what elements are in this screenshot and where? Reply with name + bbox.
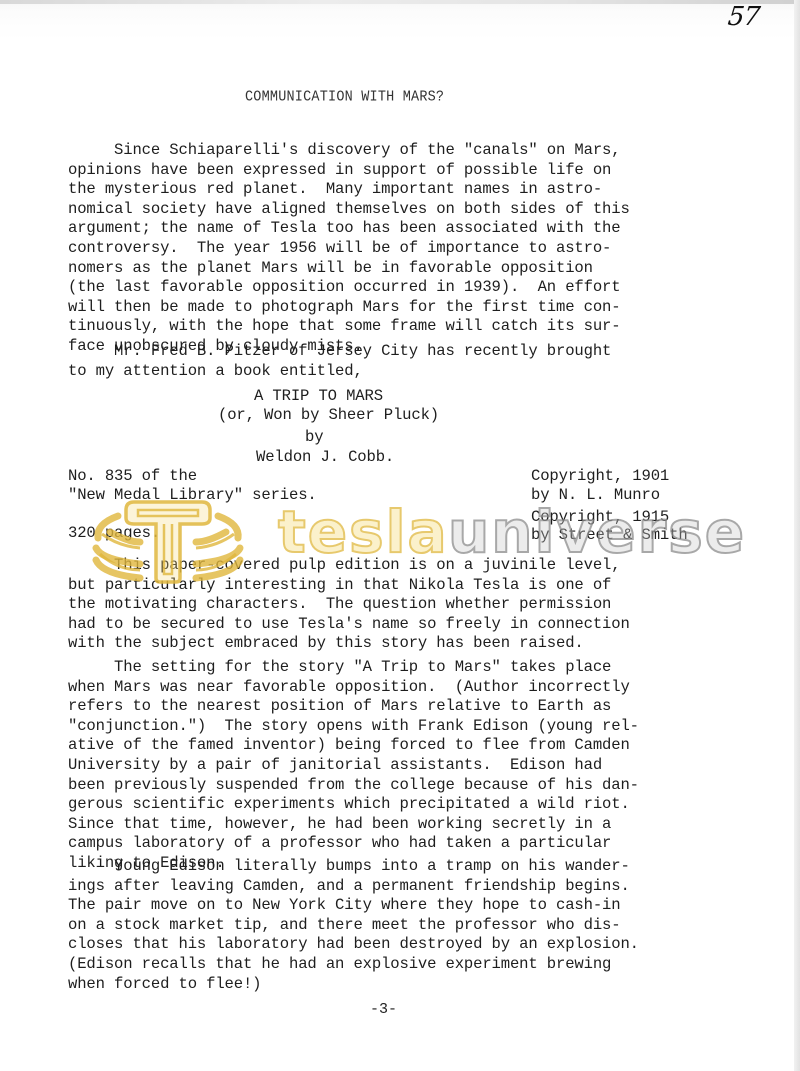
text-line: the mysterious red planet. Many importan… bbox=[68, 180, 708, 200]
text-line: on a stock market tip, and there meet th… bbox=[68, 916, 708, 936]
copyright-1915: Copyright, 1915 bbox=[531, 508, 669, 528]
text-line: campus laboratory of a professor who had… bbox=[68, 834, 708, 854]
text-line: Since Schiaparelli's discovery of the "c… bbox=[68, 141, 708, 161]
watermark-word-tesla: tesla bbox=[278, 502, 449, 562]
text-line: when forced to flee!) bbox=[68, 975, 708, 995]
text-line: The setting for the story "A Trip to Mar… bbox=[68, 658, 708, 678]
text-line: controversy. The year 1956 will be of im… bbox=[68, 239, 708, 259]
text-line: ings after leaving Camden, and a permane… bbox=[68, 877, 708, 897]
text-line: the motivating characters. The question … bbox=[68, 595, 708, 615]
text-line: refers to the nearest position of Mars r… bbox=[68, 697, 708, 717]
text-line: nomical society have aligned themselves … bbox=[68, 200, 708, 220]
text-line: with the subject embraced by this story … bbox=[68, 634, 708, 654]
copyright-1901-holder: by N. L. Munro bbox=[531, 486, 660, 506]
book-pages: 320 pages. bbox=[68, 524, 160, 544]
text-line: when Mars was near favorable opposition.… bbox=[68, 678, 708, 698]
text-line: but particularly interesting in that Nik… bbox=[68, 576, 708, 596]
paragraph-3: This paper-covered pulp edition is on a … bbox=[68, 556, 708, 654]
text-line: University by a pair of janitorial assis… bbox=[68, 756, 708, 776]
paragraph-2: Mr. Fred B. Pitzer of Jersey City has re… bbox=[68, 342, 708, 381]
book-number: No. 835 of the bbox=[68, 467, 197, 487]
page-number: -3- bbox=[370, 1001, 397, 1018]
text-line: "conjunction.") The story opens with Fra… bbox=[68, 717, 708, 737]
book-subtitle: (or, Won by Sheer Pluck) bbox=[218, 406, 439, 424]
paragraph-5: Young Edison literally bumps into a tram… bbox=[68, 857, 708, 994]
copyright-1915-holder: by Street & Smith bbox=[531, 526, 688, 546]
text-line: will then be made to photograph Mars for… bbox=[68, 298, 708, 318]
text-line: Since that time, however, he had been wo… bbox=[68, 815, 708, 835]
text-line: ative of the famed inventor) being force… bbox=[68, 736, 708, 756]
text-line: Mr. Fred B. Pitzer of Jersey City has re… bbox=[68, 342, 708, 362]
scan-right-edge bbox=[794, 0, 800, 1071]
paragraph-4: The setting for the story "A Trip to Mar… bbox=[68, 658, 708, 874]
text-line: had to be secured to use Tesla's name so… bbox=[68, 615, 708, 635]
text-line: (Edison recalls that he had an explosive… bbox=[68, 955, 708, 975]
text-line: opinions have been expressed in support … bbox=[68, 161, 708, 181]
paragraph-1: Since Schiaparelli's discovery of the "c… bbox=[68, 141, 708, 357]
text-line: gerous scientific experiments which prec… bbox=[68, 795, 708, 815]
text-line: been previously suspended from the colle… bbox=[68, 776, 708, 796]
text-line: closes that his laboratory had been dest… bbox=[68, 935, 708, 955]
book-by: by bbox=[305, 428, 323, 446]
book-title: A TRIP TO MARS bbox=[254, 387, 383, 405]
text-line: (the last favorable opposition occurred … bbox=[68, 278, 708, 298]
text-line: argument; the name of Tesla too has been… bbox=[68, 219, 708, 239]
copyright-1901: Copyright, 1901 bbox=[531, 467, 669, 487]
text-line: Young Edison literally bumps into a tram… bbox=[68, 857, 708, 877]
text-line: nomers as the planet Mars will be in fav… bbox=[68, 259, 708, 279]
document-page: 57 COMMUNICATION WITH MARS? Since Schiap… bbox=[0, 0, 800, 1071]
handwritten-folio-number: 57 bbox=[726, 2, 760, 32]
text-line: This paper-covered pulp edition is on a … bbox=[68, 556, 708, 576]
document-title: COMMUNICATION WITH MARS? bbox=[245, 89, 444, 106]
book-author: Weldon J. Cobb. bbox=[256, 448, 394, 466]
text-line: The pair move on to New York City where … bbox=[68, 896, 708, 916]
text-line: tinuously, with the hope that some frame… bbox=[68, 317, 708, 337]
text-line: to my attention a book entitled, bbox=[68, 362, 708, 382]
book-series: "New Medal Library" series. bbox=[68, 486, 317, 506]
scan-top-edge bbox=[0, 0, 800, 4]
